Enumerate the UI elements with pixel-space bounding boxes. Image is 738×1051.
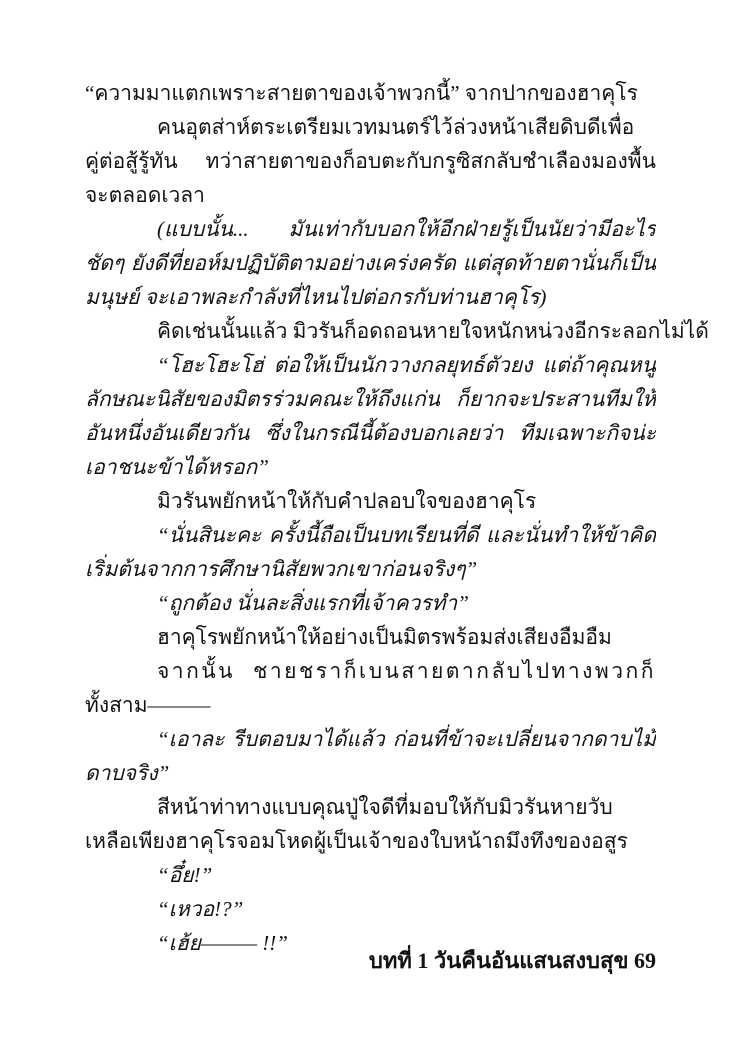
text-line: คู่ต่อสู้รู้ทัน ทว่าสายตาของก็อบตะกับกรู…: [85, 144, 656, 178]
text-line: มิวรันพยักหน้าให้กับคำปลอบใจของฮาคุโร: [85, 484, 656, 518]
text-line: (แบบนั้น... มันเท่ากับบอกให้อีกฝ่ายรู้เป…: [85, 212, 656, 246]
text-line: “ความมาแตกเพราะสายตาของเจ้าพวกนี้” จากปา…: [85, 76, 656, 110]
text-line: สีหน้าท่าทางแบบคุณปู่ใจดีที่มอบให้กับมิว…: [85, 790, 656, 824]
text-line: คิดเช่นนั้นแล้ว มิวรันก็อดถอนหายใจหนักหน…: [85, 314, 656, 348]
text-line: จะตลอดเวลา: [85, 178, 656, 212]
page-footer: บทที่ 1 วันคืนอันแสนสงบสุข 69: [369, 944, 656, 978]
text-line: “ถูกต้อง นั่นละสิ่งแรกที่เจ้าควรทำ”: [85, 586, 656, 620]
text-line: “เอาละ รีบตอบมาได้แล้ว ก่อนที่ข้าจะเปลี่…: [85, 722, 656, 756]
text-line: ลักษณะนิสัยของมิตรร่วมคณะให้ถึงแก่น ก็ยา…: [85, 382, 656, 416]
body-text: “ความมาแตกเพราะสายตาของเจ้าพวกนี้” จากปา…: [85, 76, 656, 960]
text-line: ชัดๆ ยังดีที่ยอห์มปฏิบัติตามอย่างเคร่งคร…: [85, 246, 656, 280]
book-page: “ความมาแตกเพราะสายตาของเจ้าพวกนี้” จากปา…: [0, 0, 738, 1051]
text-line: ทั้งสาม———: [85, 688, 656, 722]
text-line: มนุษย์ จะเอาพละกำลังที่ไหนไปต่อกรกับท่าน…: [85, 280, 656, 314]
text-line: คนอุตส่าห์ตระเตรียมเวทมนตร์ไว้ล่วงหน้าเส…: [85, 110, 656, 144]
chapter-page-label: บทที่ 1 วันคืนอันแสนสงบสุข 69: [369, 948, 656, 973]
text-line: “เหวอ!?”: [85, 892, 656, 926]
text-line: เหลือเพียงฮาคุโรจอมโหดผู้เป็นเจ้าของใบหน…: [85, 824, 656, 858]
text-line: เริ่มต้นจากการศึกษานิสัยพวกเขาก่อนจริงๆ”: [85, 552, 656, 586]
text-line: ฮาคุโรพยักหน้าให้อย่างเป็นมิตรพร้อมส่งเส…: [85, 620, 656, 654]
text-line: เอาชนะข้าได้หรอก”: [85, 450, 656, 484]
text-line: “โฮะโฮะโฮ่ ต่อให้เป็นนักวางกลยุทธ์ตัวยง …: [85, 348, 656, 382]
text-line: อันหนึ่งอันเดียวกัน ซึ่งในกรณีนี้ต้องบอก…: [85, 416, 656, 450]
text-line: “นั่นสินะคะ ครั้งนี้ถือเป็นบทเรียนที่ดี …: [85, 518, 656, 552]
text-line: จากนั้น ชายชราก็เบนสายตากลับไปทางพวกก็อบ…: [85, 654, 656, 688]
text-line: ดาบจริง”: [85, 756, 656, 790]
text-line: “อึ๋ย!”: [85, 858, 656, 892]
